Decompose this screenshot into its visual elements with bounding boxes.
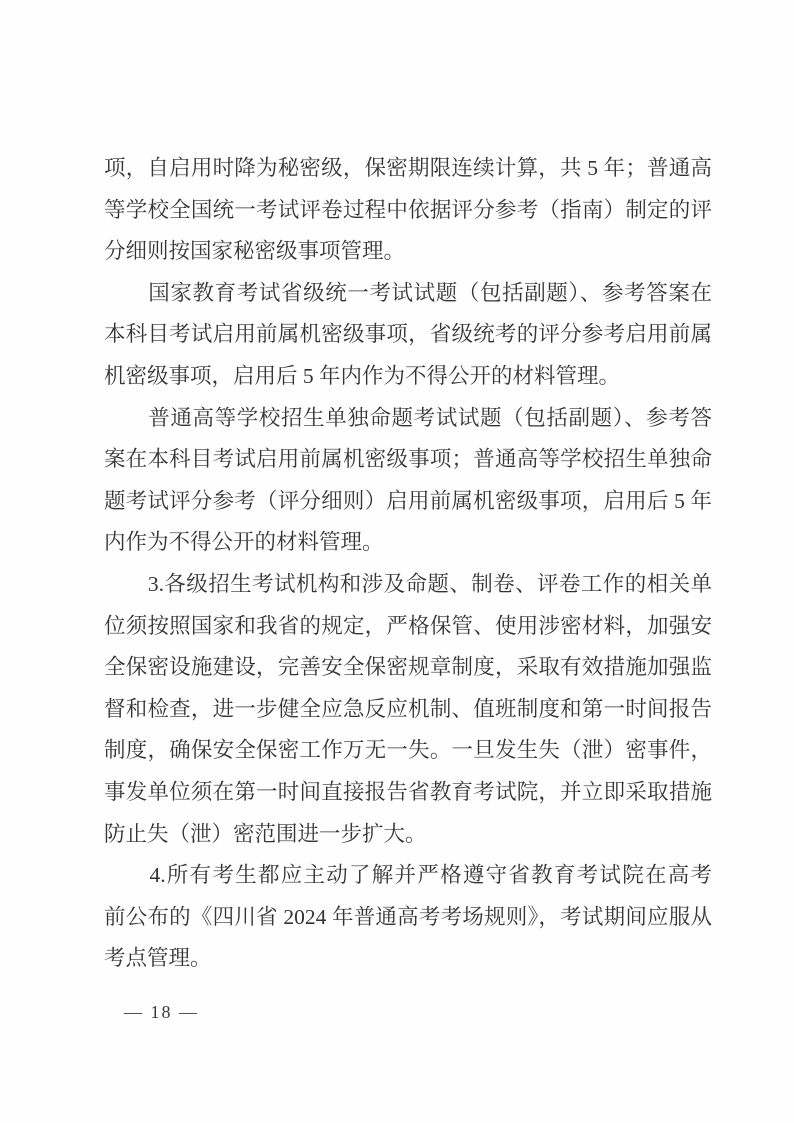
paragraph: 项，自启用时降为秘密级，保密期限连续计算，共 5 年；普通高等学校全国统一考试评…: [104, 148, 712, 273]
text-line: 4.所有考生都应主动了解并严格遵守省教育考试院在高考: [104, 855, 712, 897]
page-number: — 18 —: [124, 1002, 199, 1023]
text-line: 内作为不得公开的材料管理。: [104, 522, 712, 564]
text-line: 项，自启用时降为秘密级，保密期限连续计算，共 5 年；普通高: [104, 148, 712, 190]
text-line: 3.各级招生考试机构和涉及命题、制卷、评卷工作的相关单: [104, 564, 712, 606]
text-line: 题考试评分参考（评分细则）启用前属机密级事项，启用后 5 年: [104, 481, 712, 523]
text-line: 前公布的《四川省 2024 年普通高考考场规则》，考试期间应服从: [104, 897, 712, 939]
text-line: 普通高等学校招生单独命题考试试题（包括副题）、参考答: [104, 398, 712, 440]
text-line: 国家教育考试省级统一考试试题（包括副题）、参考答案在: [104, 273, 712, 315]
paragraph: 普通高等学校招生单独命题考试试题（包括副题）、参考答案在本科目考试启用前属机密级…: [104, 398, 712, 564]
text-line: 本科目考试启用前属机密级事项，省级统考的评分参考启用前属: [104, 314, 712, 356]
paragraph: 国家教育考试省级统一考试试题（包括副题）、参考答案在本科目考试启用前属机密级事项…: [104, 273, 712, 398]
text-line: 防止失（泄）密范围进一步扩大。: [104, 814, 712, 856]
document-page: 项，自启用时降为秘密级，保密期限连续计算，共 5 年；普通高等学校全国统一考试评…: [0, 0, 794, 1123]
text-line: 制度，确保安全保密工作万无一失。一旦发生失（泄）密事件，: [104, 730, 712, 772]
paragraph: 3.各级招生考试机构和涉及命题、制卷、评卷工作的相关单位须按照国家和我省的规定，…: [104, 564, 712, 855]
document-body: 项，自启用时降为秘密级，保密期限连续计算，共 5 年；普通高等学校全国统一考试评…: [104, 148, 712, 980]
text-line: 机密级事项，启用后 5 年内作为不得公开的材料管理。: [104, 356, 712, 398]
text-line: 分细则按国家秘密级事项管理。: [104, 231, 712, 273]
text-line: 事发单位须在第一时间直接报告省教育考试院，并立即采取措施: [104, 772, 712, 814]
text-line: 位须按照国家和我省的规定，严格保管、使用涉密材料，加强安: [104, 606, 712, 648]
text-line: 督和检查，进一步健全应急反应机制、值班制度和第一时间报告: [104, 689, 712, 731]
text-line: 等学校全国统一考试评卷过程中依据评分参考（指南）制定的评: [104, 190, 712, 232]
text-line: 案在本科目考试启用前属机密级事项；普通高等学校招生单独命: [104, 439, 712, 481]
paragraph: 4.所有考生都应主动了解并严格遵守省教育考试院在高考前公布的《四川省 2024 …: [104, 855, 712, 980]
text-line: 全保密设施建设，完善安全保密规章制度，采取有效措施加强监: [104, 647, 712, 689]
text-line: 考点管理。: [104, 938, 712, 980]
